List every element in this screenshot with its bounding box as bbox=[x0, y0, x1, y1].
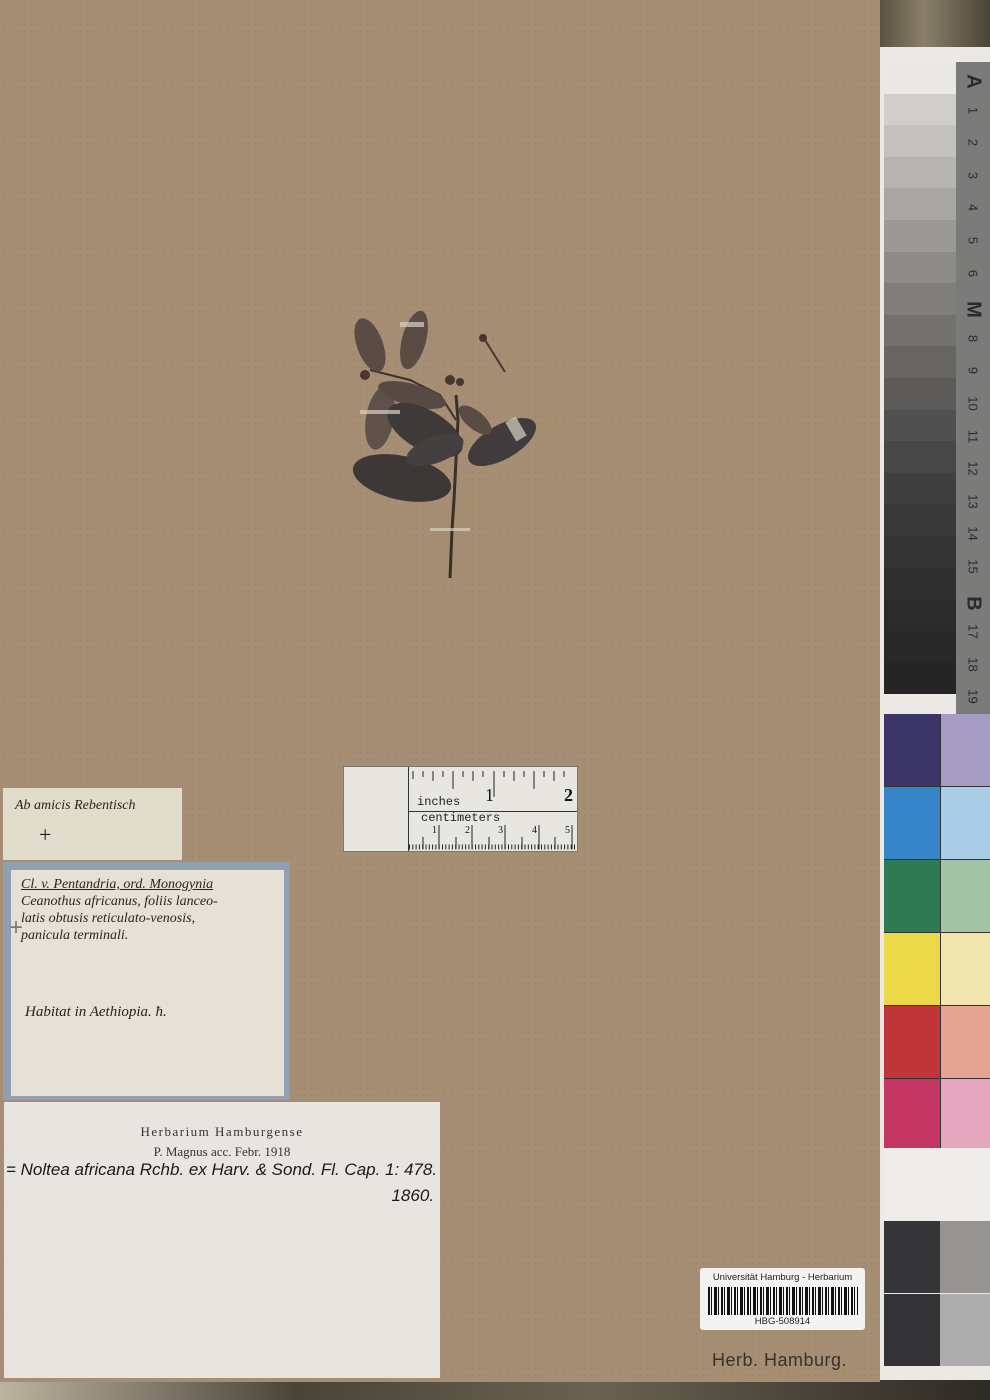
scale-label: 3 bbox=[966, 158, 981, 192]
gray-scale bbox=[884, 62, 956, 694]
scale-label: 4 bbox=[966, 191, 981, 225]
gray-step bbox=[884, 473, 956, 505]
gray-step bbox=[884, 283, 956, 315]
scale-label: 13 bbox=[966, 484, 981, 518]
gray-step bbox=[884, 252, 956, 284]
gray-step bbox=[884, 441, 956, 473]
gray-step bbox=[884, 410, 956, 442]
gray-step bbox=[884, 599, 956, 631]
gray-step bbox=[884, 378, 956, 410]
gray-pair-1 bbox=[884, 1221, 990, 1293]
barcode-id: HBG-508914 bbox=[700, 1316, 865, 1327]
color-patch bbox=[941, 714, 990, 786]
accession-note: P. Magnus acc. Febr. 1918 bbox=[4, 1144, 440, 1160]
gray-step bbox=[884, 536, 956, 568]
barcode bbox=[708, 1287, 858, 1315]
barcode-label: Universität Hamburg - Herbarium HBG-5089… bbox=[700, 1268, 865, 1330]
herbarium-title: Herbarium Hamburgense bbox=[4, 1124, 440, 1140]
herbarium-stamp: Herb. Hamburg. bbox=[712, 1350, 847, 1371]
habitat-note: Habitat in Aethiopia. ħ. bbox=[25, 1004, 167, 1021]
color-patch bbox=[884, 787, 941, 859]
label-line-1: Cl. v. Pentandria, ord. Monogynia bbox=[21, 876, 218, 893]
herbarium-sheet: inches 1 2 centimeters 1 2 3 4 5 Ab amic… bbox=[0, 0, 880, 1382]
color-patch bbox=[884, 933, 941, 1005]
institution-name: Universität Hamburg - Herbarium bbox=[700, 1272, 865, 1283]
herbarium-label: Herbarium Hamburgense P. Magnus acc. Feb… bbox=[4, 1102, 440, 1378]
cm-tick-3: 3 bbox=[498, 825, 503, 836]
gray-step bbox=[884, 568, 956, 600]
gray-step bbox=[884, 94, 956, 126]
cm-tick-2: 2 bbox=[465, 825, 470, 836]
color-patch bbox=[884, 1006, 941, 1078]
cm-tick-1: 1 bbox=[432, 825, 437, 836]
gray-scale-labels: A123456M89101112131415B171819 bbox=[956, 62, 990, 714]
gray-step bbox=[884, 188, 956, 220]
color-row bbox=[884, 1006, 990, 1079]
label-line-2: Ceanothus africanus, foliis lanceo- bbox=[21, 893, 218, 910]
color-row bbox=[884, 933, 990, 1006]
scale-label: 6 bbox=[966, 256, 981, 290]
measurement-ruler: inches 1 2 centimeters 1 2 3 4 5 bbox=[343, 766, 578, 852]
original-label: Cl. v. Pentandria, ord. Monogynia Ceanot… bbox=[3, 862, 290, 1100]
color-patch bbox=[941, 933, 990, 1005]
color-patch bbox=[884, 714, 941, 786]
label-line-4: panicula terminali. bbox=[21, 927, 218, 944]
determination-year: 1860. bbox=[391, 1186, 434, 1206]
scale-label: 11 bbox=[966, 419, 981, 453]
scale-label: 12 bbox=[966, 452, 981, 486]
white-patch bbox=[884, 1148, 990, 1220]
scale-label: 17 bbox=[966, 615, 981, 649]
inch-tick-1: 1 bbox=[485, 785, 494, 806]
color-row bbox=[884, 860, 990, 933]
scale-label: 14 bbox=[966, 517, 981, 551]
color-patch bbox=[941, 1006, 990, 1078]
scale-label: 18 bbox=[966, 647, 981, 681]
gray-step bbox=[884, 62, 956, 94]
scale-label: 9 bbox=[966, 354, 981, 388]
cm-tick-5: 5 bbox=[565, 825, 570, 836]
color-patch bbox=[884, 1079, 941, 1151]
gray-step bbox=[884, 220, 956, 252]
color-row bbox=[884, 714, 990, 787]
gray-step bbox=[884, 504, 956, 536]
cross-mark: + bbox=[9, 914, 23, 942]
background-edge bbox=[880, 0, 990, 47]
inches-label: inches bbox=[417, 795, 460, 809]
color-patch bbox=[884, 860, 941, 932]
determination: = Noltea africana Rchb. ex Harv. & Sond.… bbox=[6, 1160, 437, 1180]
gray-step bbox=[884, 157, 956, 189]
cross-mark: + bbox=[39, 822, 51, 848]
scale-label: 19 bbox=[966, 680, 981, 714]
gray-step bbox=[884, 662, 956, 694]
collector-label: Ab amicis Rebentisch + bbox=[3, 788, 182, 860]
gray-step bbox=[884, 125, 956, 157]
color-patch bbox=[941, 1079, 990, 1151]
scale-label: 5 bbox=[966, 224, 981, 258]
gray-step bbox=[884, 315, 956, 347]
cm-tick-4: 4 bbox=[532, 825, 537, 836]
color-patches bbox=[884, 714, 990, 1152]
scale-label: 10 bbox=[966, 387, 981, 421]
label-line-3: latis obtusis reticulato-venosis, bbox=[21, 910, 218, 927]
scale-label: 1 bbox=[966, 93, 981, 127]
scale-label: 15 bbox=[966, 550, 981, 584]
background-edge-bottom bbox=[0, 1380, 990, 1400]
scale-label: 2 bbox=[966, 126, 981, 160]
color-row bbox=[884, 787, 990, 860]
color-patch bbox=[941, 860, 990, 932]
plant-specimen bbox=[340, 300, 560, 590]
color-row bbox=[884, 1079, 990, 1152]
collector-note: Ab amicis Rebentisch bbox=[15, 798, 136, 814]
color-patch bbox=[941, 787, 990, 859]
scale-label: 8 bbox=[966, 321, 981, 355]
inch-tick-2: 2 bbox=[564, 785, 573, 806]
gray-pair-2 bbox=[884, 1294, 990, 1366]
gray-step bbox=[884, 631, 956, 663]
gray-step bbox=[884, 346, 956, 378]
